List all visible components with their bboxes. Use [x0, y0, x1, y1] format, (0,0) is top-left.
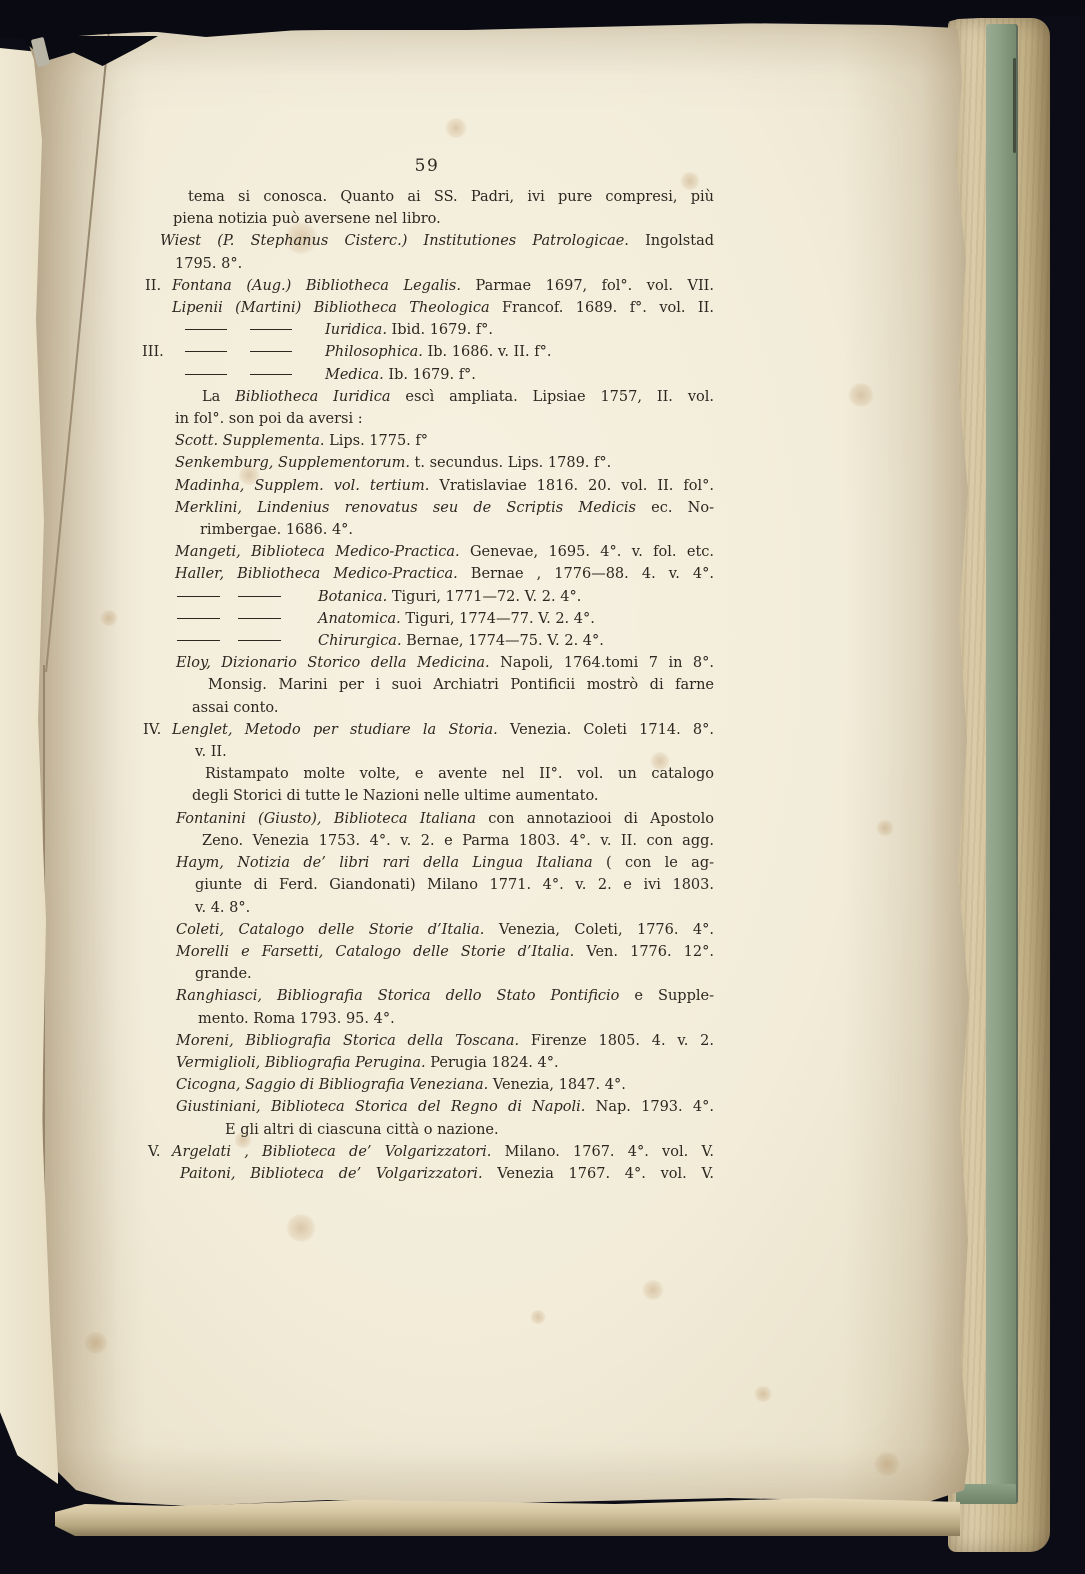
ditto-dash	[185, 351, 227, 352]
body-text: Perugia 1824. 4°.	[426, 1055, 559, 1071]
entry-marker: III.	[142, 341, 164, 363]
body-text: Firenze 1805. 4. v. 2.	[519, 1033, 714, 1049]
text-line: Haym, Notizia de’ libri rari della Lingu…	[140, 852, 714, 874]
foxing-spot	[84, 1332, 108, 1354]
body-text: v. II.	[195, 744, 227, 760]
text-line: Anatomica. Tiguri, 1774—77. V. 2. 4°.	[140, 608, 714, 630]
title-text: Haller, Bibliotheca Medico-Practica.	[175, 566, 458, 582]
title-text: Cicogna, Saggio di Bibliografia Venezian…	[176, 1077, 488, 1093]
text-line: Madinha, Supplem. vol. tertium. Vratisla…	[140, 475, 714, 497]
body-text: Vratislaviae 1816. 20. vol. II. fol°.	[429, 478, 714, 494]
text-line: Giustiniani, Biblioteca Storica del Regn…	[140, 1096, 714, 1118]
title-text: Philosophica.	[325, 344, 423, 360]
body-text: Napoli, 1764.tomi 7 in 8°.	[490, 655, 714, 671]
ditto-dash	[238, 618, 281, 619]
text-line: Wiest (P. Stephanus Cisterc.) Institutio…	[140, 230, 714, 252]
text-line: grande.	[140, 963, 714, 985]
body-text: Milano. 1767. 4°. vol. V.	[491, 1144, 714, 1160]
ditto-dash	[250, 329, 292, 330]
body-text: mento. Roma 1793. 95. 4°.	[198, 1011, 395, 1027]
title-text: Giustiniani, Biblioteca Storica del Regn…	[176, 1099, 585, 1115]
scanned-book-photo: 59 tema si conosca. Quanto ai SS. Padri,…	[0, 0, 1085, 1574]
title-text: Chirurgica.	[318, 633, 402, 649]
text-line: giunte di Ferd. Giandonati) Milano 1771.…	[140, 874, 714, 896]
text-line: v. 4. 8°.	[140, 897, 714, 919]
title-text: Bibliotheca Iuridica	[235, 389, 390, 405]
text-line: Ranghiasci, Bibliografia Storica dello S…	[140, 985, 714, 1007]
body-text: Francof. 1689. f°. vol. II.	[490, 300, 714, 316]
foxing-spot	[754, 1386, 772, 1402]
body-text: La	[202, 389, 235, 405]
title-text: Anatomica.	[318, 611, 401, 627]
body-text: Venezia 1767. 4°. vol. V.	[483, 1166, 714, 1182]
title-text: Fontana (Aug.) Bibliotheca Legalis.	[172, 278, 461, 294]
text-line: assai conto.	[140, 697, 714, 719]
title-text: Lipenii (Martini) Bibliotheca Theologica	[172, 300, 490, 316]
text-line: Coleti, Catalogo delle Storie d’Italia. …	[140, 919, 714, 941]
foxing-spot	[530, 1310, 546, 1324]
text-line: Botanica. Tiguri, 1771—72. V. 2. 4°.	[140, 586, 714, 608]
text-line: Senkemburg, Supplementorum. t. secundus.…	[140, 452, 714, 474]
ditto-dash	[177, 596, 220, 597]
body-text: Venezia, 1847. 4°.	[488, 1077, 626, 1093]
body-text: giunte di Ferd. Giandonati) Milano 1771.…	[195, 877, 714, 893]
title-text: Madinha, Supplem. vol. tertium.	[175, 478, 429, 494]
text-line: Fontanini (Giusto), Biblioteca Italiana …	[140, 808, 714, 830]
ditto-dash	[177, 618, 220, 619]
body-text: e Supple-	[619, 988, 714, 1004]
page-edge-slit	[1013, 58, 1016, 153]
title-text: Morelli e Farsetti, Catalogo delle Stori…	[176, 944, 574, 960]
body-text: in fol°. son poi da aversi :	[175, 411, 363, 427]
title-text: Fontanini (Giusto), Biblioteca Italiana	[176, 811, 476, 827]
entry-marker: IV.	[143, 719, 161, 741]
text-line: 1795. 8°.	[140, 253, 714, 275]
title-text: Iuridica.	[325, 322, 387, 338]
body-text: Tiguri, 1774—77. V. 2. 4°.	[401, 611, 595, 627]
title-text: Paitoni, Biblioteca de’ Volgarizzatori.	[180, 1166, 483, 1182]
title-text: Coleti, Catalogo delle Storie d’Italia.	[176, 922, 484, 938]
title-text: Argelati , Biblioteca de’ Volgarizzatori…	[172, 1144, 491, 1160]
text-line: Monsig. Marini per i suoi Archiatri Pont…	[140, 674, 714, 696]
text-line: Scott. Supplementa. Lips. 1775. f°	[140, 430, 714, 452]
text-line: mento. Roma 1793. 95. 4°.	[140, 1008, 714, 1030]
title-text: Scott. Supplementa.	[175, 433, 324, 449]
body-text: Bernae , 1776—88. 4. v. 4°.	[458, 566, 714, 582]
text-line: V.Argelati , Biblioteca de’ Volgarizzato…	[140, 1141, 714, 1163]
body-text: Ristampato molte volte, e avente nel II°…	[205, 766, 714, 782]
body-text: Tiguri, 1771—72. V. 2. 4°.	[387, 589, 581, 605]
body-text: tema si conosca. Quanto ai SS. Padri, iv…	[188, 189, 714, 205]
body-text: Ib. 1686. v. II. f°.	[423, 344, 552, 360]
body-text: Venezia, Coleti, 1776. 4°.	[484, 922, 714, 938]
body-text: Ingolstad	[629, 233, 714, 249]
page-number: 59	[140, 156, 714, 176]
body-text: Monsig. Marini per i suoi Archiatri Pont…	[208, 677, 714, 693]
title-text: Vermiglioli, Bibliografia Perugina.	[176, 1055, 426, 1071]
text-line: degli Storici di tutte le Nazioni nelle …	[140, 785, 714, 807]
body-text: Lips. 1775. f°	[324, 433, 428, 449]
body-text: assai conto.	[192, 700, 279, 716]
ditto-dash	[250, 374, 292, 375]
text-line: Cicogna, Saggio di Bibliografia Venezian…	[140, 1074, 714, 1096]
body-text: degli Storici di tutte le Nazioni nelle …	[192, 788, 599, 804]
green-cover-strip-foot	[956, 1484, 1016, 1504]
text-line: Zeno. Venezia 1753. 4°. v. 2. e Parma 18…	[140, 830, 714, 852]
text-line: Merklini, Lindenius renovatus seu de Scr…	[140, 497, 714, 519]
body-text: Bernae, 1774—75. V. 2. 4°.	[402, 633, 604, 649]
text-line: v. II.	[140, 741, 714, 763]
ditto-dash	[238, 596, 281, 597]
text-line: Lipenii (Martini) Bibliotheca Theologica…	[140, 297, 714, 319]
body-text: ec. No-	[636, 500, 714, 516]
title-text: Moreni, Bibliografia Storica della Tosca…	[176, 1033, 519, 1049]
title-text: Botanica.	[318, 589, 387, 605]
text-line: E gli altri di ciascuna città o nazione.	[140, 1119, 714, 1141]
ditto-dash	[238, 640, 281, 641]
title-text: Ranghiasci, Bibliografia Storica dello S…	[176, 988, 619, 1004]
title-text: Eloy, Dizionario Storico della Medicina.	[176, 655, 490, 671]
body-text: escì ampliata. Lipsiae 1757, II. vol.	[391, 389, 714, 405]
text-line: piena notizia può aversene nel libro.	[140, 208, 714, 230]
body-text: con annotaziooi di Apostolo	[476, 811, 714, 827]
entry-marker: V.	[148, 1141, 161, 1163]
text-line: Chirurgica. Bernae, 1774—75. V. 2. 4°.	[140, 630, 714, 652]
ditto-dash	[177, 640, 220, 641]
scan-background: { "page": { "number": "59", "lines": [ {…	[0, 0, 1085, 1574]
foxing-spot	[445, 118, 467, 138]
text-line: Vermiglioli, Bibliografia Perugina. Peru…	[140, 1052, 714, 1074]
title-text: Senkemburg, Supplementorum.	[175, 455, 410, 471]
foxing-spot	[642, 1280, 664, 1300]
body-text: Ven. 1776. 12°.	[574, 944, 714, 960]
text-line: Iuridica. Ibid. 1679. f°.	[140, 319, 714, 341]
ditto-dash	[185, 374, 227, 375]
text-line: IV.Lenglet, Metodo per studiare la Stori…	[140, 719, 714, 741]
body-text: rimbergae. 1686. 4°.	[200, 522, 353, 538]
foxing-spot	[848, 383, 874, 407]
body-text: E gli altri di ciascuna città o nazione.	[225, 1122, 499, 1138]
body-text: Genevae, 1695. 4°. v. fol. etc.	[460, 544, 714, 560]
text-line: Medica. Ib. 1679. f°.	[140, 364, 714, 386]
foxing-spot	[100, 610, 118, 626]
text-line: Eloy, Dizionario Storico della Medicina.…	[140, 652, 714, 674]
body-text: ( con le ag-	[593, 855, 714, 871]
body-text: t. secundus. Lips. 1789. f°.	[410, 455, 611, 471]
body-text: v. 4. 8°.	[195, 900, 250, 916]
foxing-spot	[286, 1214, 316, 1242]
text-block: tema si conosca. Quanto ai SS. Padri, iv…	[140, 186, 714, 1185]
green-cover-strip	[986, 24, 1018, 1504]
text-line: in fol°. son poi da aversi :	[140, 408, 714, 430]
body-text: Ib. 1679. f°.	[384, 367, 476, 383]
text-line: Haller, Bibliotheca Medico-Practica. Ber…	[140, 563, 714, 585]
text-line: rimbergae. 1686. 4°.	[140, 519, 714, 541]
foxing-spot	[876, 820, 894, 836]
body-text: Parmae 1697, fol°. vol. VII.	[461, 278, 714, 294]
title-text: Haym, Notizia de’ libri rari della Lingu…	[176, 855, 593, 871]
body-text: grande.	[195, 966, 252, 982]
text-line: tema si conosca. Quanto ai SS. Padri, iv…	[140, 186, 714, 208]
text-line: La Bibliotheca Iuridica escì ampliata. L…	[140, 386, 714, 408]
text-line: Paitoni, Biblioteca de’ Volgarizzatori. …	[140, 1163, 714, 1185]
text-line: II.Fontana (Aug.) Bibliotheca Legalis. P…	[140, 275, 714, 297]
body-text: Nap. 1793. 4°.	[585, 1099, 714, 1115]
body-text: Ibid. 1679. f°.	[387, 322, 493, 338]
title-text: Wiest (P. Stephanus Cisterc.) Institutio…	[160, 233, 629, 249]
foxing-spot	[874, 1452, 900, 1476]
ditto-dash	[185, 329, 227, 330]
text-line: Mangeti, Biblioteca Medico-Practica. Gen…	[140, 541, 714, 563]
body-text: Zeno. Venezia 1753. 4°. v. 2. e Parma 18…	[202, 833, 714, 849]
title-text: Merklini, Lindenius renovatus seu de Scr…	[175, 500, 636, 516]
body-text: 1795. 8°.	[175, 256, 242, 272]
title-text: Mangeti, Biblioteca Medico-Practica.	[175, 544, 460, 560]
entry-marker: II.	[145, 275, 161, 297]
title-text: Lenglet, Metodo per studiare la Storia.	[172, 722, 498, 738]
text-line: III.Philosophica. Ib. 1686. v. II. f°.	[140, 341, 714, 363]
title-text: Medica.	[325, 367, 384, 383]
text-line: Ristampato molte volte, e avente nel II°…	[140, 763, 714, 785]
text-line: Moreni, Bibliografia Storica della Tosca…	[140, 1030, 714, 1052]
ditto-dash	[250, 351, 292, 352]
body-text: Venezia. Coleti 1714. 8°.	[498, 722, 714, 738]
body-text: piena notizia può aversene nel libro.	[173, 211, 441, 227]
text-line: Morelli e Farsetti, Catalogo delle Stori…	[140, 941, 714, 963]
